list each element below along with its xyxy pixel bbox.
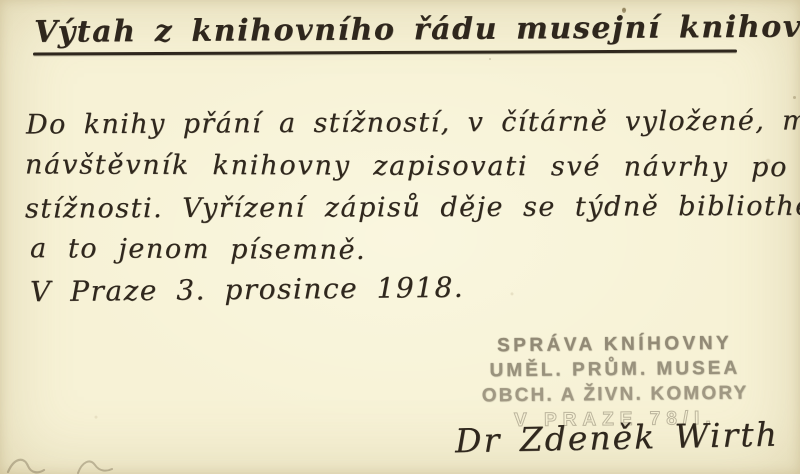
stamp-line-3: OBCH. A ŽIVN. KOMORY xyxy=(462,380,768,408)
stamp-line-2: UMĚL. PRŮM. MUSEA xyxy=(462,355,768,383)
document-page: Výtah z knihovního řádu musejní knihovny… xyxy=(0,0,800,474)
paper-speck xyxy=(793,96,796,99)
date-line: V Praze 3. prosince 1918. xyxy=(30,271,465,309)
stamp-line-1: SPRÁVA KNÍHOVNY xyxy=(461,330,767,358)
paper-speck xyxy=(489,58,491,60)
body-line-1: Do knihy přání a stížností, v čítárně vy… xyxy=(26,105,800,141)
title-underline xyxy=(33,49,737,55)
document-title: Výtah z knihovního řádu musejní knihovny… xyxy=(34,9,800,50)
body-line-3: stížnosti. Vyřízení zápisů děje se týdně… xyxy=(25,190,800,224)
signature: Dr Zdeněk Wirth xyxy=(455,415,780,461)
faint-pencil-mark xyxy=(0,446,224,474)
body-line-2: návštěvník knihovny zapisovati své návrh… xyxy=(25,149,800,183)
paper-speck xyxy=(622,8,626,13)
body-line-4: a to jenom písemně. xyxy=(30,233,366,266)
